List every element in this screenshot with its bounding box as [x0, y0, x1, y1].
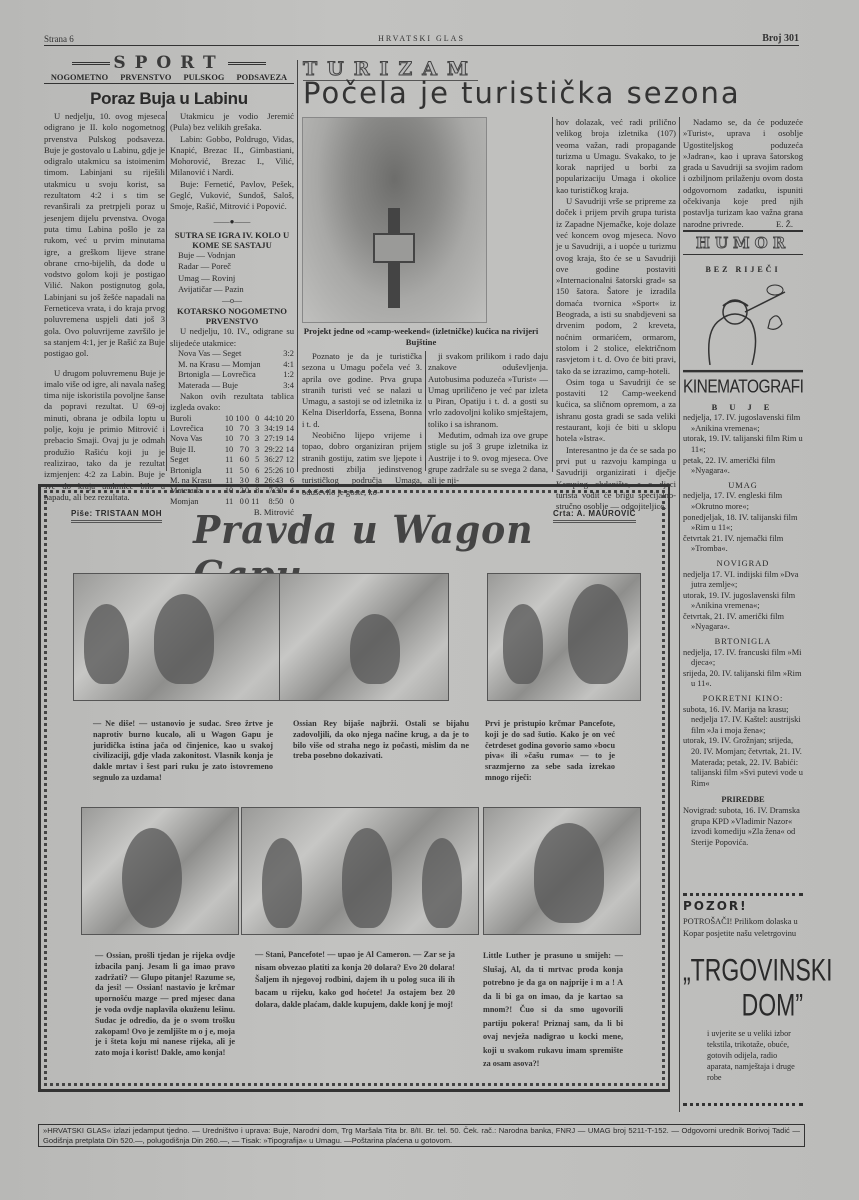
cinema-item: utorak, 19. IV. Grožnjan; srijeda, 20. I… [683, 736, 803, 789]
trgovinski-dom-ad: POZOR! POTROŠAČI! Prilikom dolaska u Kop… [683, 900, 803, 1083]
column-rule [166, 111, 167, 471]
cinema-title: KINEMATOGRAFI [683, 370, 803, 395]
cinema-item: petak, 22. IV. američki film »Nyagara«. [683, 456, 803, 477]
article-paragraph: ji svakom prilikom i rado daju znakove o… [428, 351, 548, 430]
sport-column-2: Utakmicu je vodio Jeremić (Pula) bez vel… [170, 111, 294, 519]
table-row: Buje II.1070329:2214 [170, 445, 294, 455]
cinema-item: ponedjeljak, 18. IV. talijanski film »Ri… [683, 513, 803, 534]
article-paragraph: Međutim, odmah iza ove grupe stigle su j… [428, 430, 548, 486]
page-header: Strana 6 HRVATSKI GLAS Broj 301 [44, 32, 799, 46]
comic-panel-5 [241, 807, 479, 935]
district-title: KOTARSKO NOGOMETNO PRVENSTVO [170, 306, 294, 326]
tourism-headline: Počela je turistička sezona [303, 76, 741, 110]
ad-lead: POTROŠAČI! Prilikom dolaska u Kopar posj… [683, 916, 803, 940]
fixture: Buje — Vodnjan [178, 250, 294, 261]
cinema-item: utorak, 19. IV. talijanski film Rim u 11… [683, 434, 803, 455]
cinema-town: NOVIGRAD [683, 559, 803, 570]
tourism-column-b: ji svakom prilikom i rado daju znakove o… [428, 351, 548, 487]
comic-caption-4: — Ossian, prošli tjedan je rijeka ovdje … [95, 951, 235, 1059]
ad-title: POZOR! [683, 900, 803, 912]
lineup-labin: Labin: Gobbo, Poldrugo, Vidas, Knapić, B… [170, 134, 294, 179]
humor-subtitle: BEZ RIJEČI [683, 265, 803, 274]
table-row: Nova Vas1070327:1914 [170, 434, 294, 444]
comic-panel-6 [483, 807, 641, 935]
hut-illustration [373, 233, 415, 263]
column-rule [679, 117, 680, 1112]
table-row: Lovrečica1070334:1914 [170, 424, 294, 434]
article-paragraph: U Savudriji vrše se pripreme za doček i … [556, 196, 676, 377]
ad-brand-line-2: DOM” [683, 987, 803, 1022]
cinema-item: nedjelja 17. VI. indijski film »Dva jutr… [683, 570, 803, 591]
newspaper-name: HRVATSKI GLAS [44, 34, 799, 43]
sport-header: SPORT NOGOMETNO PRVENSTVO PULSKOG PODSAV… [44, 53, 294, 109]
ad-brand: „TRGOVINSKI DOM” [683, 952, 803, 1022]
table-row: Buroli10100044:1020 [170, 414, 294, 424]
separator-icon: —o— [170, 295, 294, 306]
article-paragraph: U drugom poluvremenu Buje je imalo više … [44, 368, 165, 504]
results-table: Nova Vas — Seget3:2 M. na Krasu — Momjan… [170, 349, 294, 391]
ad-body: i uvjerite se u veliki izbor tekstila, t… [683, 1028, 803, 1083]
humor-box: HUMOR BEZ RIJEČI [683, 230, 803, 274]
column-rule [552, 117, 553, 472]
fixture: Avijatičar — Pazin [178, 284, 294, 295]
table-row: M. na Krasu — Momjan4:1 [170, 360, 294, 371]
comic-writer: Piše: TRISTAAN MOH [71, 509, 162, 523]
photo-caption: Projekt jedne od »camp-weekend« (izletni… [302, 326, 540, 347]
lineup-buje: Buje: Fernetić, Pavlov, Pešek, Geglć, Vu… [170, 179, 294, 213]
comic-panel-3 [487, 573, 641, 701]
cartoon-man-bird-icon [690, 280, 805, 365]
article-paragraph: Poznato je da je turistička sezona u Uma… [302, 351, 422, 430]
cinema-item: nedjelja, 17. IV. jugoslavenski film »An… [683, 413, 803, 434]
tourism-column-d: Nadamo se, da će poduzeće »Turist«, upra… [683, 117, 803, 230]
cinema-item: četvrtak 21. IV. njemački film »Tromba«. [683, 534, 803, 555]
article-paragraph: Nadamo se, da će poduzeće »Turist«, upra… [683, 117, 803, 230]
ad-brand-line-1: „TRGOVINSKI [683, 952, 803, 987]
cinema-item: subota, 16. IV. Marija na krasu; nedjelj… [683, 705, 803, 737]
cinema-item: nedjelja, 17. IV. francuski film »Mi dje… [683, 648, 803, 669]
fixture: Umag — Rovinj [178, 273, 294, 284]
cinema-town: BRTONIGLA [683, 637, 803, 648]
camp-house-photo [302, 117, 487, 323]
next-round-title: SUTRA SE IGRA IV. KOLO U KOME SE SASTAJU [170, 230, 294, 250]
article-paragraph: hov dolazak, već radi prilično velikog b… [556, 117, 676, 196]
cinema-item: srijeda, 20. IV. talijanski film »Rim u … [683, 669, 803, 690]
article-paragraph: U nedjelju, 10. ovog mjeseca odigrano je… [44, 111, 165, 360]
table-row: Brtonigla1150625:2610 [170, 466, 294, 476]
column-rule [425, 351, 426, 471]
table-row: Brtonigla — Lovrečica1:2 [170, 370, 294, 381]
comic-panel-2 [279, 573, 449, 701]
sport-subhead: NOGOMETNO PRVENSTVO PULSKOG PODSAVEZA [44, 73, 294, 84]
sport-column-1: U nedjelju, 10. ovog mjeseca odigrano je… [44, 111, 165, 503]
decorative-border [683, 1103, 803, 1106]
cinema-listings: KINEMATOGRAFI B U J E nedjelja, 17. IV. … [683, 372, 803, 848]
table-row: Nova Vas — Seget3:2 [170, 349, 294, 360]
cinema-item: utorak, 19. IV. jugoslavenski film »Anik… [683, 591, 803, 612]
fixture: Radar — Poreč [178, 261, 294, 272]
sport-section-title: SPORT [44, 53, 294, 73]
comic-caption-1: — Ne diše! — ustanovio je sudac. Sreo žr… [93, 719, 273, 784]
separator-dot-icon: ——●—— [170, 216, 294, 227]
comic-panel-4 [81, 807, 239, 935]
cinema-town: UMAG [683, 481, 803, 492]
cinema-item: nedjelja, 17. IV. engleski film »Okrutno… [683, 491, 803, 512]
table-row: Seget1160536:2712 [170, 455, 294, 465]
table-intro: Nakon ovih rezultata tablica izgleda ova… [170, 391, 294, 414]
next-round-list: Buje — Vodnjan Radar — Poreč Umag — Rovi… [170, 250, 294, 295]
comic-caption-3: Prvi je pristupio krčmar Pancefote, koji… [485, 719, 615, 784]
tourism-column-a: Poznato je da je turistička sezona u Uma… [302, 351, 422, 498]
column-rule [297, 60, 298, 472]
decorative-border [683, 893, 803, 896]
imprint: »HRVATSKI GLAS« izlazi jedamput tjedno. … [38, 1124, 805, 1147]
sport-headline: Poraz Buja u Labinu [44, 89, 294, 109]
comic-strip: Piše: TRISTAAN MOH Crta: A. MAUROVIĆ Pra… [38, 484, 670, 1092]
events-title: PRIREDBE [683, 795, 803, 806]
article-paragraph: Osim toga u Savudriji će se postaviti 12… [556, 377, 676, 445]
newspaper-page: { "header": {"page": "Strana 6", "paper"… [0, 0, 859, 1200]
comic-caption-2: Ossian Rey bijaše najbrži. Ostali se bij… [293, 719, 469, 762]
district-intro: U nedjelju, 10. IV., odigrane su slijede… [170, 326, 294, 349]
comic-caption-5: — Stani, Pancefote! — upao je Al Cameron… [255, 949, 455, 1012]
cinema-item: četvrtak, 21. IV. američki film »Nyagara… [683, 612, 803, 633]
issue-number: Broj 301 [762, 33, 799, 44]
humor-title: HUMOR [683, 230, 803, 255]
comic-caption-6: Little Luther je prasuno u smijeh: — Slu… [483, 949, 623, 1071]
tourism-column-c: hov dolazak, već radi prilično velikog b… [556, 117, 676, 512]
table-row: Materada — Buje3:4 [170, 381, 294, 392]
cinema-town: POKRETNI KINO: [683, 694, 803, 705]
article-paragraph: Utakmicu je vodio Jeremić (Pula) bez vel… [170, 111, 294, 134]
cinema-town: B U J E [683, 403, 803, 414]
comic-panel-1 [73, 573, 308, 701]
event-item: Novigrad: subota, 16. IV. Dramska grupa … [683, 806, 803, 848]
